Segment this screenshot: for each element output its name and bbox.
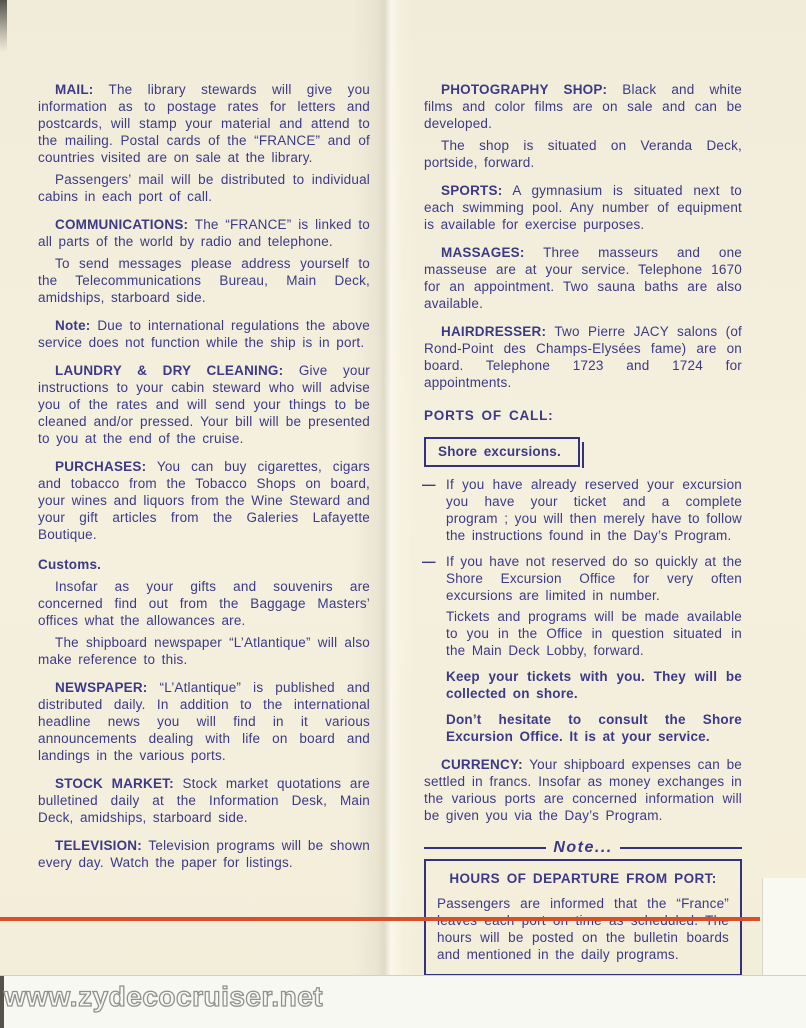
para-mail-2: Passengers’ mail will be distributed to … xyxy=(38,171,370,205)
bullet-text: If you have already reserved your excurs… xyxy=(446,477,742,543)
left-column: MAIL: The library stewards will give you… xyxy=(38,81,370,871)
section-communications: COMMUNICATIONS: The “FRANCE” is linked t… xyxy=(38,216,370,250)
section-label: LAUNDRY & DRY CLEANING: xyxy=(55,363,283,378)
rule-line-right xyxy=(620,847,742,849)
section-hairdresser: HAIRDRESSER: Two Pierre JACY salons (of … xyxy=(424,323,742,391)
ports-of-call-heading: PORTS OF CALL: xyxy=(424,407,742,424)
dash-marker: — xyxy=(422,476,436,493)
right-column: PHOTOGRAPHY SHOP: Black and white films … xyxy=(424,81,742,976)
excursion-bullet-1: —If you have already reserved your excur… xyxy=(424,476,742,544)
scan-edge-top-left xyxy=(0,0,7,52)
section-label: PURCHASES: xyxy=(55,459,146,474)
section-laundry: LAUNDRY & DRY CLEANING: Give your instru… xyxy=(38,362,370,447)
notice-shore-office: Don’t hesitate to consult the Shore Excu… xyxy=(424,711,742,745)
dash-marker: — xyxy=(422,553,436,570)
section-currency: CURRENCY: Your shipboard expenses can be… xyxy=(424,756,742,824)
para-customs-1: Insofar as your gifts and souvenirs are … xyxy=(38,578,370,629)
section-television: TELEVISION: Television programs will be … xyxy=(38,837,370,871)
bullet-text: If you have not reserved do so quickly a… xyxy=(446,554,742,603)
section-label: CURRENCY: xyxy=(441,757,523,772)
para-customs-2: The shipboard newspaper “L’Atlantique” w… xyxy=(38,634,370,668)
section-mail: MAIL: The library stewards will give you… xyxy=(38,81,370,166)
section-label: HAIRDRESSER: xyxy=(441,324,546,339)
section-stock-market: STOCK MARKET: Stock market quotations ar… xyxy=(38,775,370,826)
section-label: PHOTOGRAPHY SHOP: xyxy=(441,82,607,97)
note-title: Note... xyxy=(546,839,619,856)
note-box-heading: HOURS OF DEPARTURE FROM PORT: xyxy=(437,870,729,887)
section-photography-shop: PHOTOGRAPHY SHOP: Black and white films … xyxy=(424,81,742,132)
shore-excursions-box: Shore excursions. xyxy=(424,437,580,467)
section-purchases: PURCHASES: You can buy cigarettes, cigar… xyxy=(38,458,370,543)
para-communications-2: To send messages please address yourself… xyxy=(38,255,370,306)
heading-customs: Customs. xyxy=(38,556,370,573)
section-sports: SPORTS: A gymnasium is situated next to … xyxy=(424,182,742,233)
section-label: MASSAGES: xyxy=(441,245,525,260)
excursion-bullet-2-sub: Tickets and programs will be made availa… xyxy=(424,608,742,659)
section-label: MAIL: xyxy=(55,82,94,97)
section-label: STOCK MARKET: xyxy=(55,776,174,791)
notice-keep-tickets: Keep your tickets with you. They will be… xyxy=(424,668,742,702)
section-label: SPORTS: xyxy=(441,183,502,198)
para-photography-2: The shop is situated on Veranda Deck, po… xyxy=(424,137,742,171)
page-corner xyxy=(762,878,806,976)
section-label: NEWSPAPER: xyxy=(55,680,148,695)
section-label: COMMUNICATIONS: xyxy=(55,217,188,232)
scan-margin-strip: www.zydecocruiser.net xyxy=(0,975,806,1028)
note-box-text: Passengers are informed that the “France… xyxy=(437,895,729,963)
note-communications: Note: Due to international regulations t… xyxy=(38,317,370,351)
shore-excursions-label: Shore excursions. xyxy=(438,444,561,459)
section-newspaper: NEWSPAPER: “L’Atlantique” is published a… xyxy=(38,679,370,764)
section-label: TELEVISION: xyxy=(55,838,142,853)
note-rule: Note... xyxy=(424,839,742,856)
excursion-bullet-2: —If you have not reserved do so quickly … xyxy=(424,553,742,604)
note-label: Note: xyxy=(55,318,91,333)
accent-rule xyxy=(0,917,760,921)
section-massages: MASSAGES: Three masseurs and one masseus… xyxy=(424,244,742,312)
rule-line-left xyxy=(424,847,546,849)
scanned-booklet-page: MAIL: The library stewards will give you… xyxy=(0,0,806,1028)
watermark: www.zydecocruiser.net xyxy=(4,981,323,1013)
